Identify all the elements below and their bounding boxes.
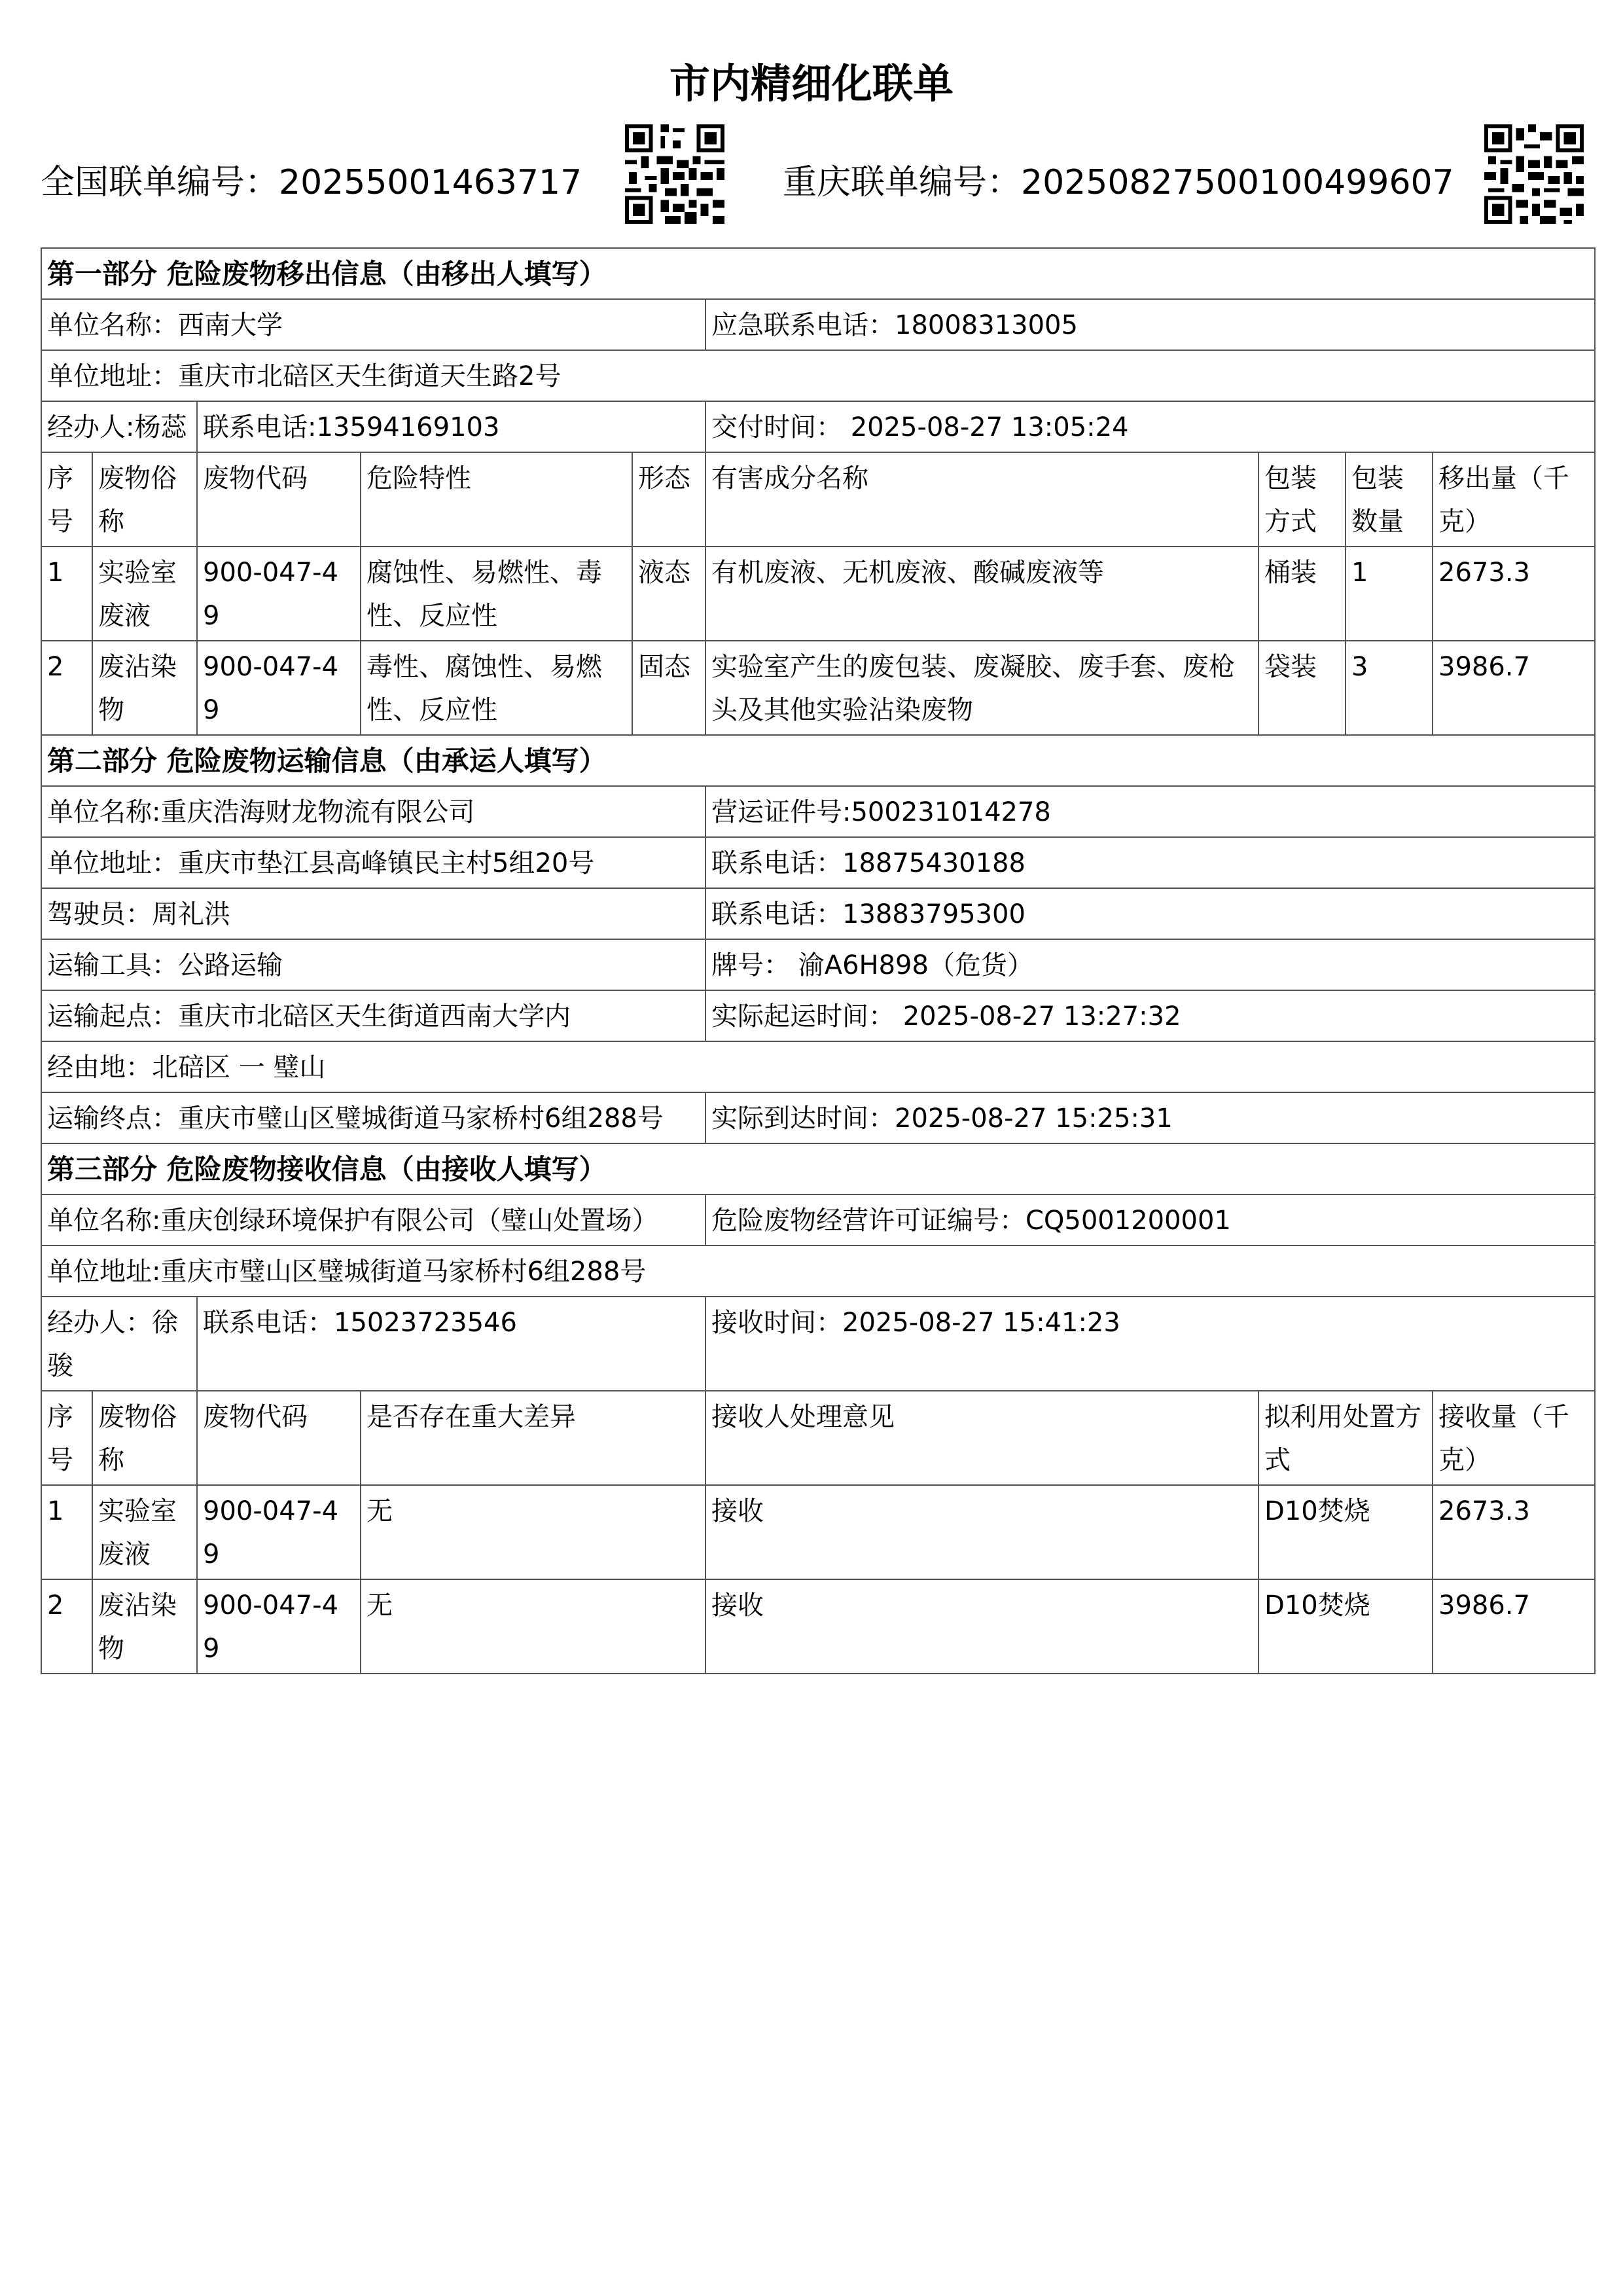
- qr-code-icon: [1484, 124, 1584, 224]
- part2-row: 运输终点：重庆市璧山区璧城街道马家桥村6组288号 实际到达时间：2025-08…: [41, 1092, 1595, 1143]
- column-header: 废物代码: [197, 452, 361, 547]
- part1-contact-phone: 联系电话:13594169103: [197, 401, 705, 452]
- part3-row: 单位地址:重庆市璧山区璧城街道马家桥村6组288号: [41, 1246, 1595, 1297]
- cell-waste-code: 900-047-49: [197, 1485, 361, 1579]
- column-header: 废物俗称: [92, 452, 197, 547]
- column-header: 接收人处理意见: [705, 1391, 1258, 1485]
- part2-origin: 运输起点：重庆市北碚区天生街道西南大学内: [41, 990, 705, 1041]
- cell-waste-name: 实验室废液: [92, 547, 197, 641]
- part2-license-no: 营运证件号:500231014278: [705, 786, 1595, 837]
- part1-unit-name: 单位名称：西南大学: [41, 299, 705, 350]
- part3-table-header: 序号 废物俗称 废物代码 是否存在重大差异 接收人处理意见 拟利用处置方式 接收…: [41, 1391, 1595, 1485]
- cell-opinion: 接收: [705, 1579, 1258, 1674]
- part3-contact-phone: 联系电话：15023723546: [197, 1297, 705, 1391]
- manifest-form-table: 第一部分 危险废物移出信息（由移出人填写） 单位名称：西南大学 应急联系电话：1…: [41, 247, 1596, 1674]
- cell-disposal-method: D10焚烧: [1258, 1579, 1433, 1674]
- cell-waste-name: 实验室废液: [92, 1485, 197, 1579]
- part1-heading: 第一部分 危险废物移出信息（由移出人填写）: [41, 248, 1595, 299]
- cell-index: 2: [41, 641, 92, 735]
- part3-heading-row: 第三部分 危险废物接收信息（由接收人填写）: [41, 1143, 1595, 1194]
- column-header: 序号: [41, 452, 92, 547]
- part2-row: 经由地：北碚区 一 璧山: [41, 1041, 1595, 1092]
- cell-quantity: 2673.3: [1433, 547, 1595, 641]
- column-header: 危险特性: [361, 452, 632, 547]
- cell-package-type: 袋装: [1258, 641, 1346, 735]
- part2-unit-address: 单位地址：重庆市垫江县高峰镇民主村5组20号: [41, 837, 705, 888]
- cell-waste-name: 废沾染物: [92, 641, 197, 735]
- part1-handler: 经办人:杨蕊: [41, 401, 197, 452]
- part3-row: 单位名称:重庆创绿环境保护有限公司（璧山处置场） 危险废物经营许可证编号：CQ5…: [41, 1194, 1595, 1246]
- cell-waste-code: 900-047-49: [197, 641, 361, 735]
- part2-row: 运输工具：公路运输 牌号： 渝A6H898（危货）: [41, 939, 1595, 990]
- part1-table-header: 序号 废物俗称 废物代码 危险特性 形态 有害成分名称 包装方式 包装数量 移出…: [41, 452, 1595, 547]
- part2-row: 运输起点：重庆市北碚区天生街道西南大学内 实际起运时间： 2025-08-27 …: [41, 990, 1595, 1041]
- part2-unit-name: 单位名称:重庆浩海财龙物流有限公司: [41, 786, 705, 837]
- part1-row-handler: 经办人:杨蕊 联系电话:13594169103 交付时间： 2025-08-27…: [41, 401, 1595, 452]
- table-row: 1 实验室废液 900-047-49 无 接收 D10焚烧 2673.3: [41, 1485, 1595, 1579]
- cell-index: 1: [41, 1485, 92, 1579]
- chongqing-manifest-value: 20250827500100499607: [1021, 163, 1454, 202]
- column-header: 接收量（千克）: [1433, 1391, 1595, 1485]
- cell-package-type: 桶装: [1258, 547, 1346, 641]
- cell-discrepancy: 无: [361, 1485, 705, 1579]
- cell-components: 实验室产生的废包装、废凝胶、废手套、废枪头及其他实验沾染废物: [705, 641, 1258, 735]
- chongqing-manifest-label: 重庆联单编号：: [783, 163, 1021, 202]
- cell-disposal-method: D10焚烧: [1258, 1485, 1433, 1579]
- part2-row: 单位地址：重庆市垫江县高峰镇民主村5组20号 联系电话：18875430188: [41, 837, 1595, 888]
- cell-received-quantity: 2673.3: [1433, 1485, 1595, 1579]
- table-row: 2 废沾染物 900-047-49 无 接收 D10焚烧 3986.7: [41, 1579, 1595, 1674]
- cell-package-count: 3: [1346, 641, 1433, 735]
- column-header: 拟利用处置方式: [1258, 1391, 1433, 1485]
- part2-departure-time: 实际起运时间： 2025-08-27 13:27:32: [705, 990, 1595, 1041]
- column-header: 有害成分名称: [705, 452, 1258, 547]
- cell-hazard: 腐蚀性、易燃性、毒性、反应性: [361, 547, 632, 641]
- part2-row: 单位名称:重庆浩海财龙物流有限公司 营运证件号:500231014278: [41, 786, 1595, 837]
- table-row: 2 废沾染物 900-047-49 毒性、腐蚀性、易燃性、反应性 固态 实验室产…: [41, 641, 1595, 735]
- part2-heading-row: 第二部分 危险废物运输信息（由承运人填写）: [41, 735, 1595, 786]
- column-header: 废物代码: [197, 1391, 361, 1485]
- part3-unit-address: 单位地址:重庆市璧山区璧城街道马家桥村6组288号: [41, 1246, 1595, 1297]
- cell-index: 2: [41, 1579, 92, 1674]
- document-title: 市内精细化联单: [0, 51, 1623, 109]
- column-header: 序号: [41, 1391, 92, 1485]
- table-row: 1 实验室废液 900-047-49 腐蚀性、易燃性、毒性、反应性 液态 有机废…: [41, 547, 1595, 641]
- part3-permit-no: 危险废物经营许可证编号：CQ5001200001: [705, 1194, 1595, 1246]
- cell-opinion: 接收: [705, 1485, 1258, 1579]
- part2-heading: 第二部分 危险废物运输信息（由承运人填写）: [41, 735, 1595, 786]
- part3-handler: 经办人：徐骏: [41, 1297, 197, 1391]
- part1-emergency-phone: 应急联系电话：18008313005: [705, 299, 1595, 350]
- chongqing-manifest-number: 重庆联单编号：20250827500100499607: [783, 154, 1454, 204]
- part1-row-unit: 单位名称：西南大学 应急联系电话：18008313005: [41, 299, 1595, 350]
- cell-waste-code: 900-047-49: [197, 1579, 361, 1674]
- part2-transport-mode: 运输工具：公路运输: [41, 939, 705, 990]
- cell-hazard: 毒性、腐蚀性、易燃性、反应性: [361, 641, 632, 735]
- part2-row: 驾驶员：周礼洪 联系电话：13883795300: [41, 888, 1595, 939]
- part3-receive-time: 接收时间：2025-08-27 15:41:23: [705, 1297, 1595, 1391]
- national-manifest-value: 20255001463717: [279, 163, 582, 202]
- part2-destination: 运输终点：重庆市璧山区璧城街道马家桥村6组288号: [41, 1092, 705, 1143]
- part1-handover-time: 交付时间： 2025-08-27 13:05:24: [705, 401, 1595, 452]
- cell-package-count: 1: [1346, 547, 1433, 641]
- part2-arrival-time: 实际到达时间：2025-08-27 15:25:31: [705, 1092, 1595, 1143]
- qr-code-icon: [625, 124, 724, 224]
- national-manifest-number: 全国联单编号：20255001463717: [41, 154, 582, 204]
- part3-heading: 第三部分 危险废物接收信息（由接收人填写）: [41, 1143, 1595, 1194]
- cell-state: 固态: [632, 641, 705, 735]
- cell-received-quantity: 3986.7: [1433, 1579, 1595, 1674]
- cell-waste-code: 900-047-49: [197, 547, 361, 641]
- part3-row: 经办人：徐骏 联系电话：15023723546 接收时间：2025-08-27 …: [41, 1297, 1595, 1391]
- column-header: 包装数量: [1346, 452, 1433, 547]
- part2-route: 经由地：北碚区 一 璧山: [41, 1041, 1595, 1092]
- part3-unit-name: 单位名称:重庆创绿环境保护有限公司（璧山处置场）: [41, 1194, 705, 1246]
- cell-waste-name: 废沾染物: [92, 1579, 197, 1674]
- part1-unit-address: 单位地址：重庆市北碚区天生街道天生路2号: [41, 350, 1595, 401]
- part2-plate-no: 牌号： 渝A6H898（危货）: [705, 939, 1595, 990]
- cell-index: 1: [41, 547, 92, 641]
- column-header: 移出量（千克）: [1433, 452, 1595, 547]
- column-header: 是否存在重大差异: [361, 1391, 705, 1485]
- cell-components: 有机废液、无机废液、酸碱废液等: [705, 547, 1258, 641]
- part1-heading-row: 第一部分 危险废物移出信息（由移出人填写）: [41, 248, 1595, 299]
- part2-unit-phone: 联系电话：18875430188: [705, 837, 1595, 888]
- part2-driver-phone: 联系电话：13883795300: [705, 888, 1595, 939]
- cell-state: 液态: [632, 547, 705, 641]
- part2-driver: 驾驶员：周礼洪: [41, 888, 705, 939]
- column-header: 包装方式: [1258, 452, 1346, 547]
- column-header: 废物俗称: [92, 1391, 197, 1485]
- column-header: 形态: [632, 452, 705, 547]
- cell-discrepancy: 无: [361, 1579, 705, 1674]
- national-manifest-label: 全国联单编号：: [41, 163, 279, 202]
- cell-quantity: 3986.7: [1433, 641, 1595, 735]
- part1-row-address: 单位地址：重庆市北碚区天生街道天生路2号: [41, 350, 1595, 401]
